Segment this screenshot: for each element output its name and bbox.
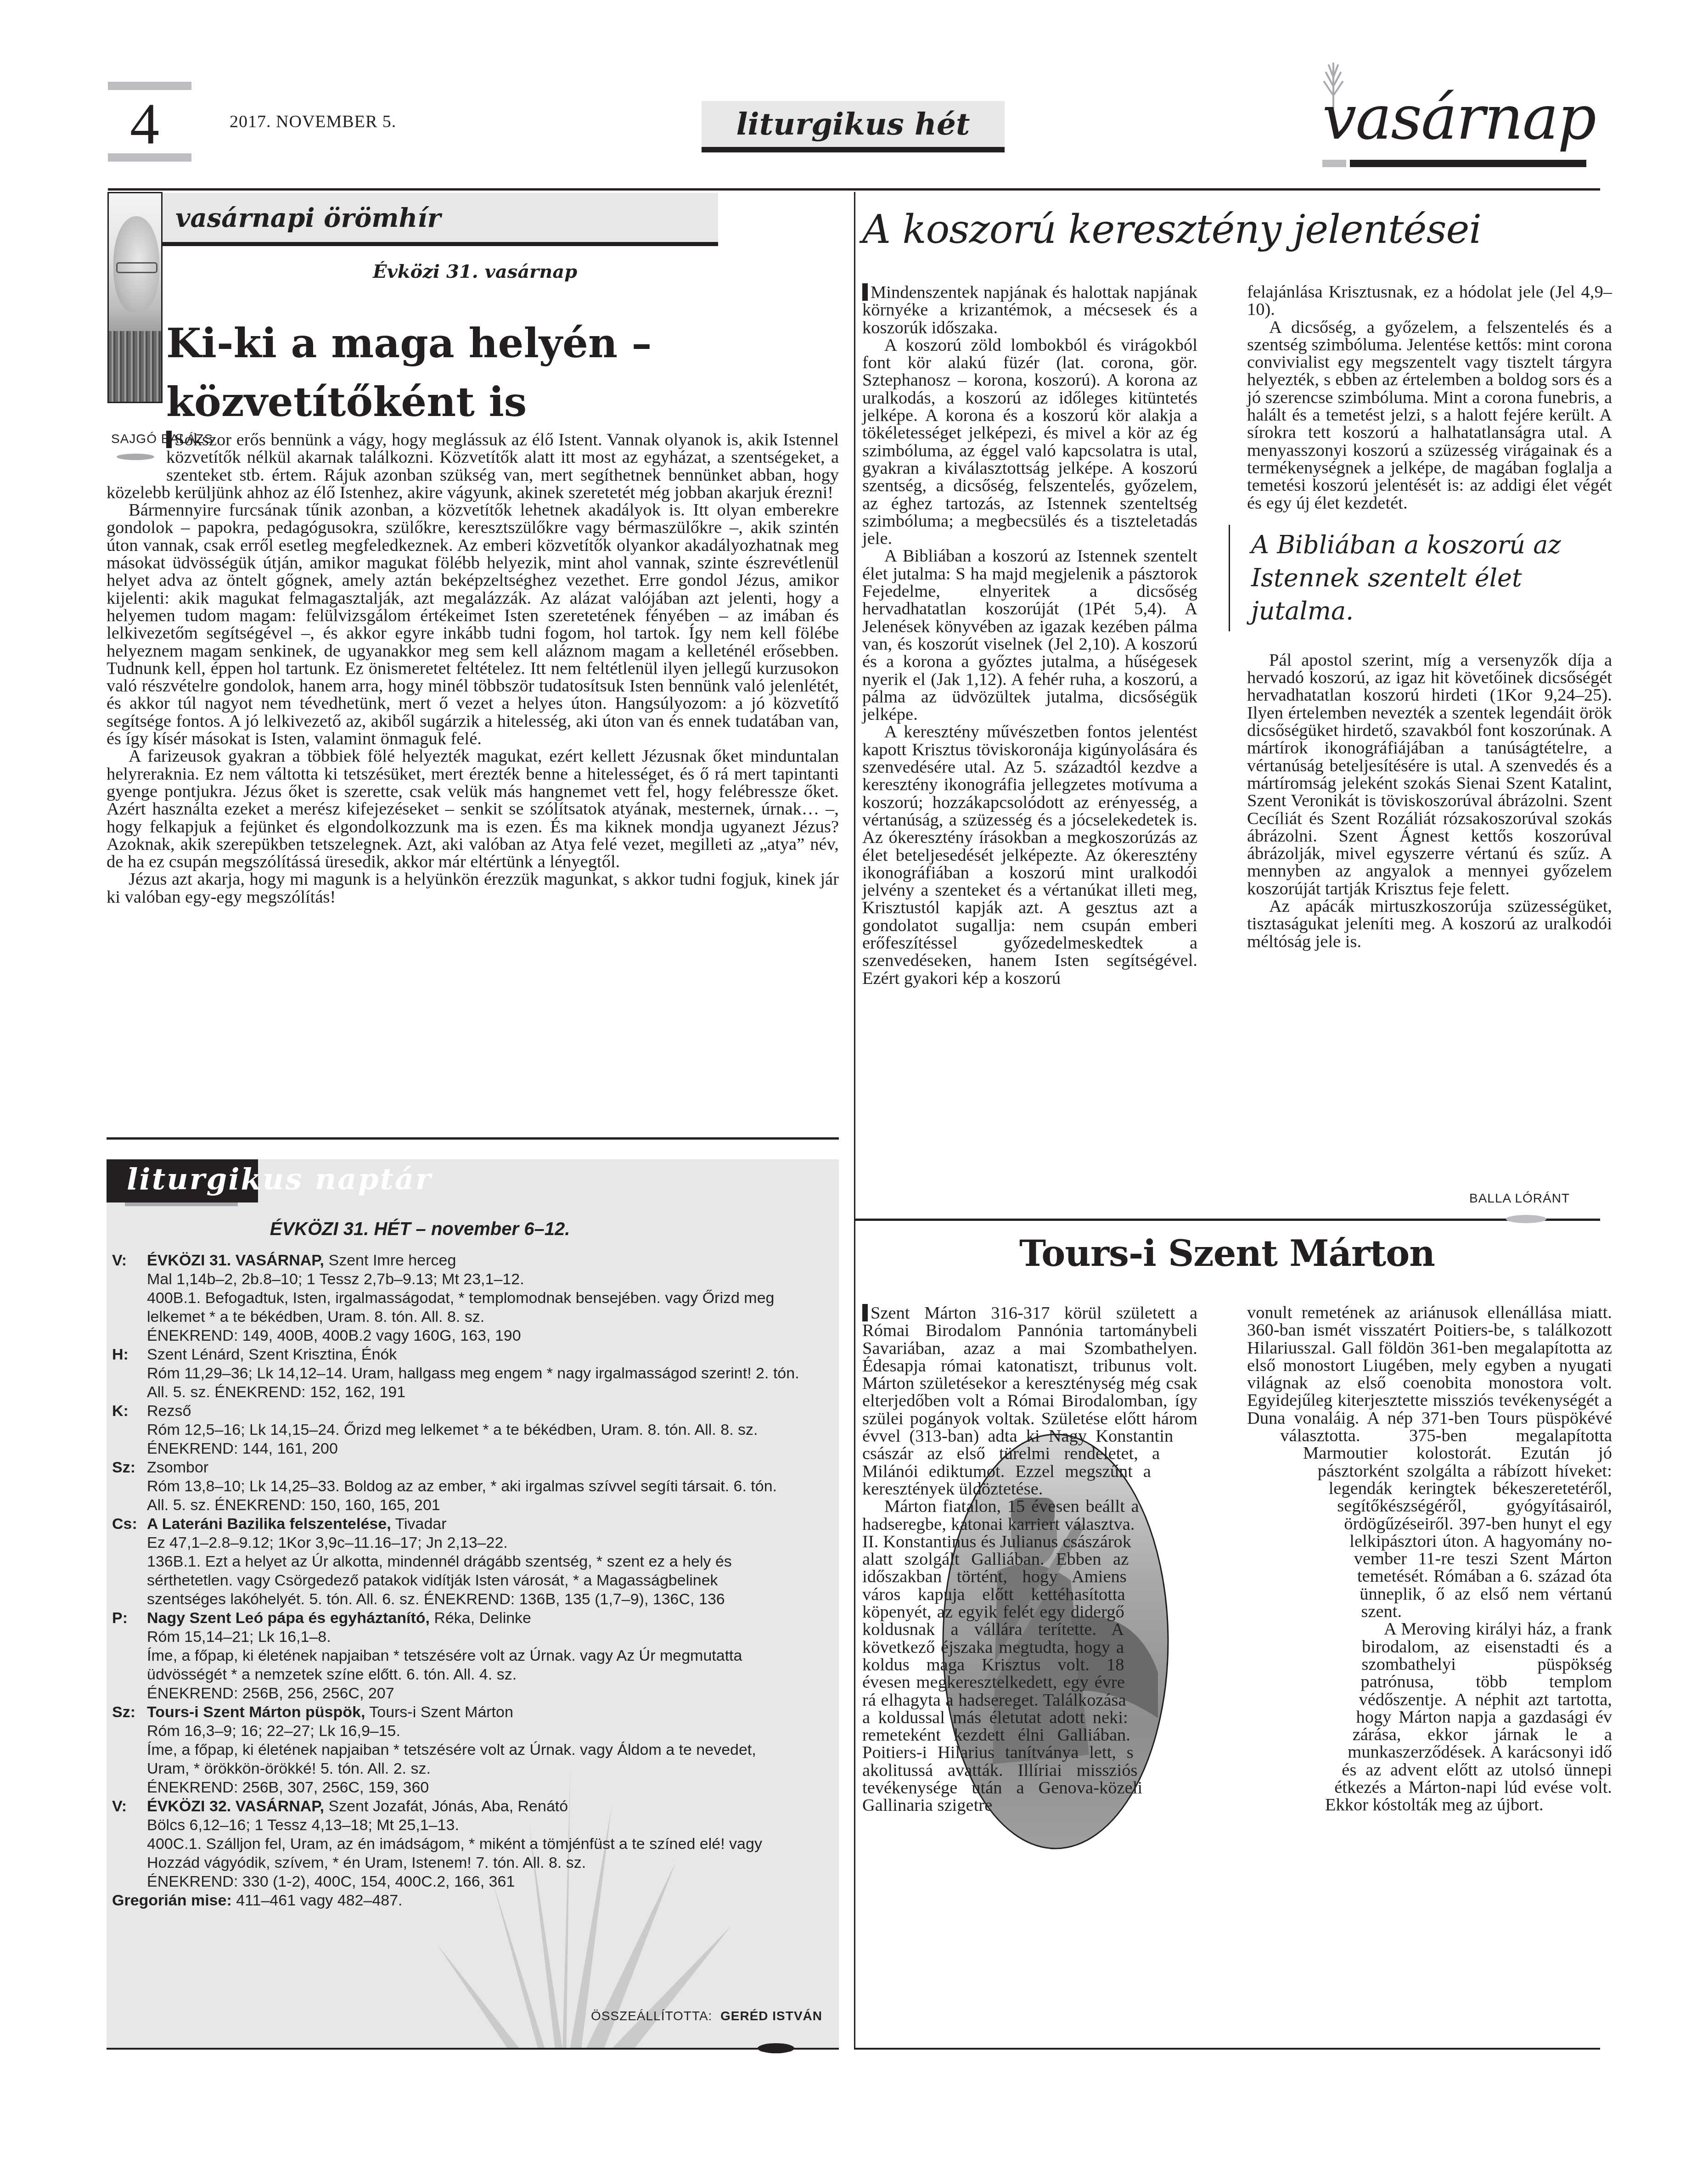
calendar-day-monday: H: Szent Lénárd, Szent Krisztina, Énók R… [112,1345,801,1402]
paragraph: A keresztény művészetben fontos je­lenté… [862,723,1197,987]
calendar-day-tuesday: K: Rezső Róm 12,5–16; Lk 14,15–24. Őrizd… [112,1402,801,1458]
kicker: vasárnapi örömhír [175,203,441,233]
calendar-day-sunday: V: ÉVKÖZI 31. VASÁRNAP, Szent Imre herce… [112,1251,801,1345]
headline-line-2: közvetítőként is [166,372,763,431]
photo-glasses [116,262,157,273]
page-number-bar-top [108,82,191,90]
article-headline: Ki-ki a maga helyén – közvetítőként is [166,314,763,431]
paragraph: Az apácák mirtuszkoszorúja szüzessé­güke… [1247,898,1612,950]
calendar-day-thursday: Cs: A Lateráni Bazilika felszentelése, T… [112,1515,801,1609]
title-accent-bottom [125,1203,238,1206]
section-title: liturgikus hét [736,106,970,142]
paragraph: felajánlása Krisztusnak, ez a hódolat je… [1247,283,1612,319]
martin-column-1: Szent Márton 316-317 körül született a R… [862,1304,1197,1947]
page-header: 4 2017. NOVEMBER 5. liturgikus hét vasár… [0,0,1708,193]
paragraph: A farizeusok gyakran a többiek fölé hely… [107,747,839,871]
martin-article-title: Tours-i Szent Márton [854,1233,1600,1275]
calendar-day-wednesday: Sz: Zsombor Róm 13,8–10; Lk 14,25–33. Bo… [112,1458,801,1515]
martin-column-2: vonult remetének az ariánusok ellenál­lá… [1247,1304,1612,1947]
calendar-days: V: ÉVKÖZI 31. VASÁRNAP, Szent Imre herce… [112,1251,801,1910]
paragraph: Mindenszentek napjának és halottak napjá… [862,283,1197,337]
brand-bar [1350,160,1586,167]
issue-date: 2017. NOVEMBER 5. [230,112,396,132]
gregorian-mass: Gregorián mise: 411–461 vagy 482–487. [112,1891,801,1910]
pull-quote: A Bibliában a koszorú az Istennek szente… [1229,525,1612,631]
lead-marker [166,431,172,448]
section-tab: liturgikus hét [702,101,1005,152]
paragraph: A dicsőség, a győzelem, a felszente­lés … [1247,319,1612,512]
calendar-title: liturgikus naptár [127,1162,432,1197]
lead-marker [862,1304,868,1321]
page-number-bar-bottom [108,153,191,162]
section-divider [107,1137,839,1140]
kicker-box: vasárnapi örömhír [163,193,718,246]
calendar-oval [758,2043,794,2053]
paragraph: Pál apostol szerint, míg a versenyzők dí… [1247,652,1612,898]
photo-shirt [109,331,163,403]
paragraph: Sokszor erős bennünk a vágy, hogy meglás… [107,431,839,501]
byline-spacer [107,431,166,483]
liturgical-calendar: liturgikus naptár ÉVKÖZI 31. HÉT – novem… [107,1159,839,2048]
paragraph: Szent Márton 316-317 körül született a R… [862,1304,1197,1498]
brand-logo: vasárnap [1322,78,1607,165]
paragraph: Jézus azt akarja, hogy mi magunk is a he… [107,871,839,906]
paragraph: A Bibliában a koszorú az Istennek szente… [862,547,1197,723]
wreath-column-1: Mindenszentek napjának és halottak napjá… [862,283,1197,987]
calendar-day-saturday: Sz: Tours-i Szent Márton püspök, Tours-i… [112,1703,801,1797]
calendar-day-next-sunday: V: ÉVKÖZI 32. VASÁRNAP, Szent Jozafát, J… [112,1797,801,1891]
wreath-author-byline: BALLA LÓRÁNT [1469,1191,1570,1206]
calendar-bottom-rule [107,2048,839,2050]
header-rule [108,188,1600,191]
column-divider [854,192,855,2048]
byline-oval [1506,1215,1546,1223]
wreath-column-2: felajánlása Krisztusnak, ez a hódolat je… [1247,283,1612,950]
compiler-credit: ÖSSZEÁLLÍTOTTA: GERÉD ISTVÁN [591,2009,822,2023]
lead-marker [862,283,868,301]
paragraph: Bármennyire furcsának tűnik azonban, a k… [107,501,839,747]
subkicker: Évközi 31. vasárnap [373,261,577,282]
author-photo [107,192,163,403]
wreath-article-title: A koszorú keresztény jelentései [862,207,1481,253]
section-divider [854,1219,1600,1221]
page-bottom-rule [854,2048,1600,2050]
page-number: 4 [130,94,159,153]
gospel-body: Sokszor erős bennünk a vágy, hogy meglás… [107,431,839,906]
brand-name: vasárnap [1322,83,1596,153]
calendar-week: ÉVKÖZI 31. HÉT – november 6–12. [107,1219,839,1240]
headline-line-1: Ki-ki a maga helyén – [166,314,763,372]
brand-bar-accent [1322,160,1346,167]
calendar-day-friday: P: Nagy Szent Leó pápa és egyháztanító, … [112,1609,801,1703]
paragraph: A koszorú zöld lombokból és virágok­ból … [862,337,1197,548]
